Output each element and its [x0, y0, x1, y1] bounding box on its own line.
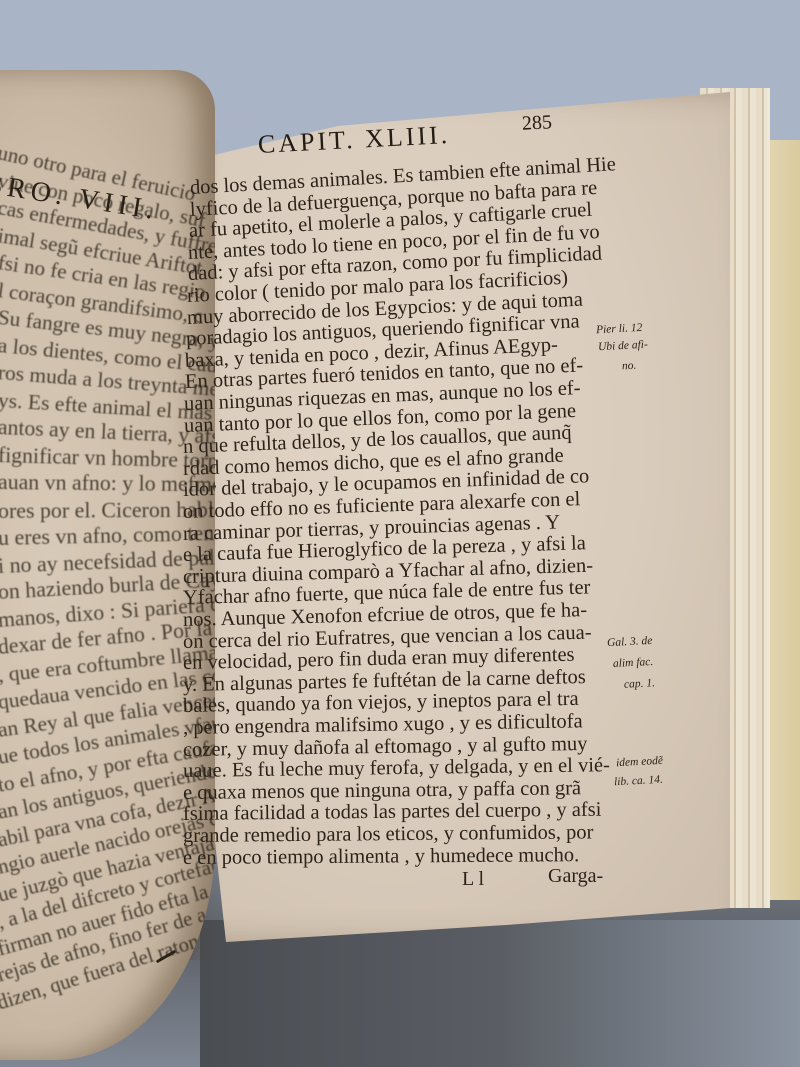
marginal-note: Pier li. 12	[596, 322, 643, 336]
table-surface	[200, 920, 800, 1067]
signature-mark: L l	[462, 868, 484, 891]
marginal-note: Gal. 3. de	[607, 635, 653, 649]
page-number: 285	[521, 111, 552, 136]
text-line: e en poco tiempo alimenta , y humedece m…	[183, 845, 579, 868]
text-line: grande remedio para los eticos, y confum…	[183, 822, 594, 846]
marginal-note: alim fac.	[613, 656, 654, 670]
marginal-note: cap. 1.	[624, 677, 656, 691]
marginal-note: no.	[622, 360, 637, 373]
marginal-note: lib. ca. 14.	[614, 774, 663, 789]
vellum-cover	[765, 140, 800, 900]
marginal-note: idem eodẽ	[616, 755, 664, 769]
book-photo: BRO. VIII. uno otro para el feruicioviue…	[0, 0, 800, 1067]
catchword: Garga-	[548, 865, 603, 888]
